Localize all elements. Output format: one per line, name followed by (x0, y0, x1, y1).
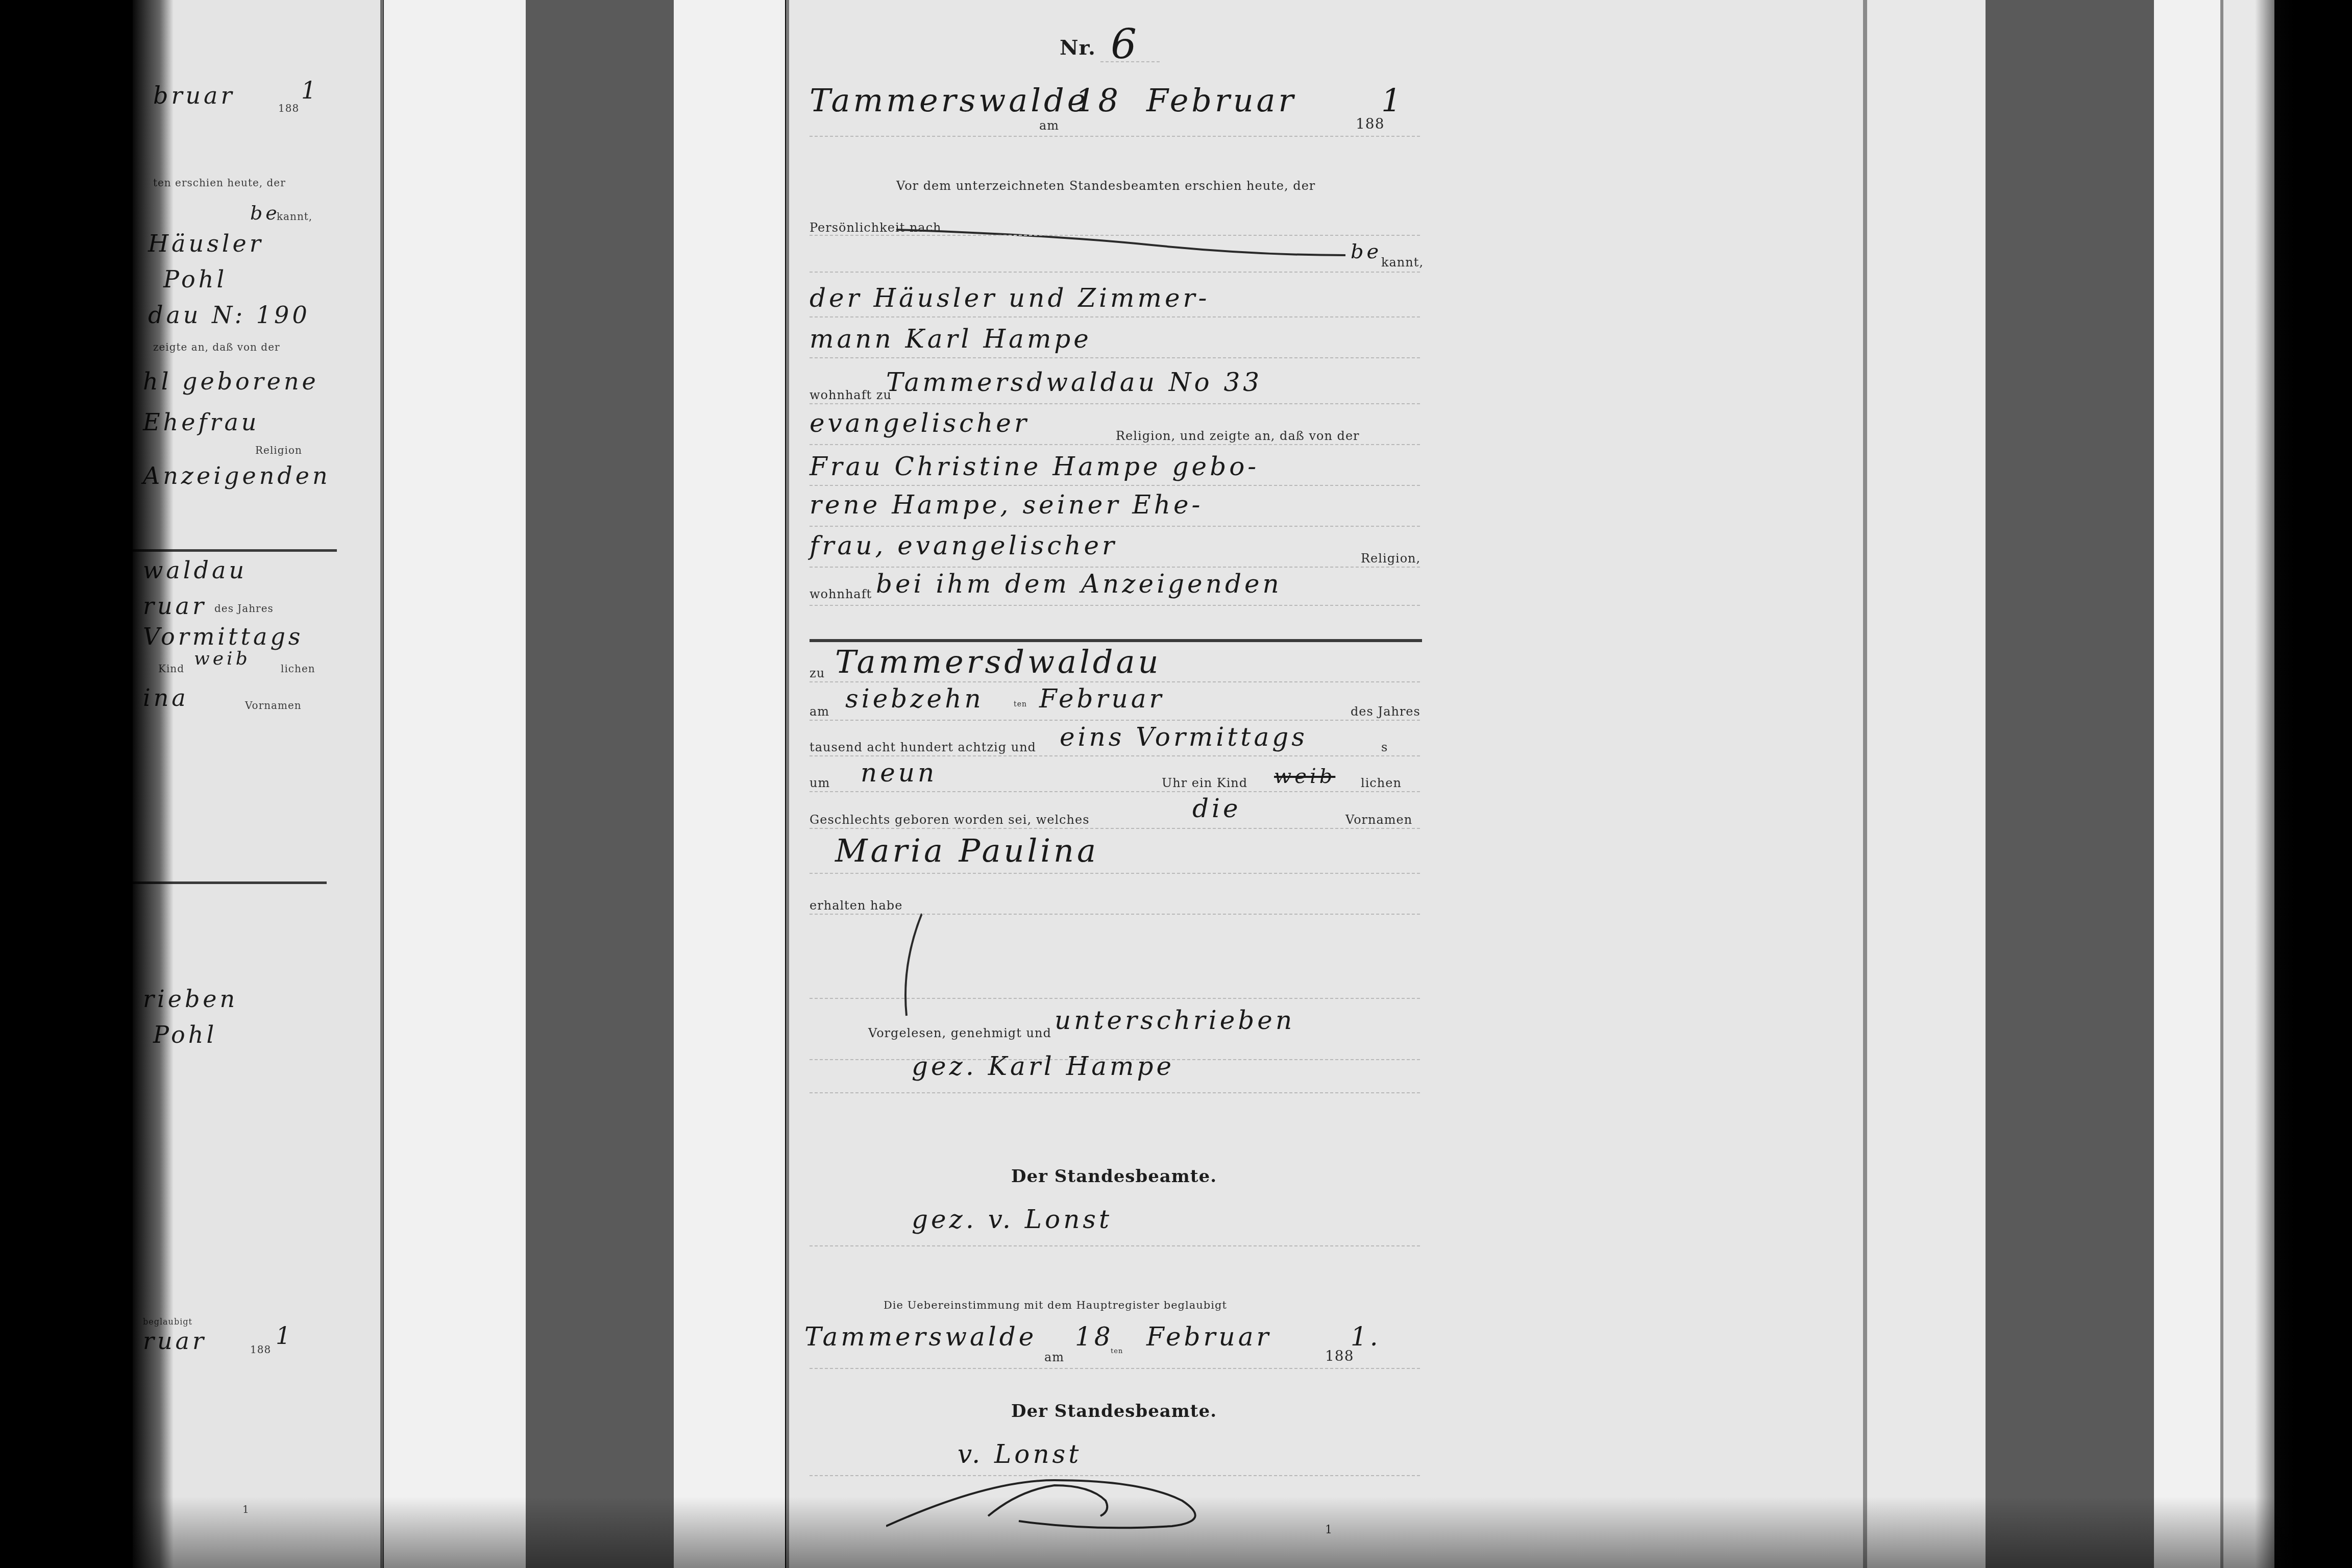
birthplace-label: zu (810, 666, 825, 680)
cert-year-hand: 1. (1351, 1322, 1381, 1352)
paper-strip-2 (674, 0, 785, 1568)
register-page-edge (1863, 0, 1867, 1568)
residence-label: wohnhaft zu (810, 388, 892, 402)
cert-day: 18 (1075, 1322, 1114, 1352)
mother-line3: frau, evangelischer (810, 531, 1117, 560)
film-vignette-left (0, 0, 174, 1568)
informant-rule1 (810, 316, 1422, 317)
religion-print: Religion, und zeigte an, daß von der (1116, 429, 1360, 443)
kind-print: Uhr ein Kind (1162, 776, 1247, 790)
gender-hand: weib (1274, 765, 1335, 788)
cert-rule (810, 1368, 1422, 1369)
given-names: Maria Paulina (835, 832, 1099, 869)
bekannt-hand: be (1351, 240, 1382, 263)
time-label: um (810, 776, 830, 790)
paper-strip-3 (1868, 0, 1986, 1568)
certification-text: Die Uebereinstimmung mit dem Hauptregist… (884, 1299, 1227, 1311)
informant-rule2 (810, 357, 1422, 358)
gender-suffix: lichen (1361, 776, 1402, 790)
left-bekannt-hand: be (250, 202, 280, 224)
des-jahres: des Jahres (1351, 704, 1420, 719)
left-page-edge (380, 0, 383, 1568)
register-page: Nr. 6 Tammerswalde am 18 Februar 188 1 V… (786, 0, 1868, 1568)
personality-rule (810, 235, 1422, 236)
section-divider (810, 639, 1422, 642)
erhalten-rule (810, 914, 1422, 915)
birthplace: Tammersdwaldau (835, 643, 1161, 680)
residence-rule (810, 403, 1422, 404)
die-hand: die (1192, 794, 1241, 823)
year-words-hand: eins Vormittags (1060, 722, 1308, 752)
left-cert-year-hand: 1 (276, 1322, 293, 1350)
cert-day-sup: ten (1111, 1347, 1123, 1355)
given-names-rule (810, 873, 1422, 874)
cert-year-printed: 188 (1325, 1347, 1354, 1364)
am-label: am (1039, 118, 1059, 133)
registrar-signature: gez. v. Lonst (912, 1205, 1112, 1234)
paper-strip-1 (384, 0, 526, 1568)
entry-number-rule (1100, 61, 1162, 62)
mother-rule3 (810, 567, 1422, 568)
informant-line2: mann Karl Hampe (810, 324, 1092, 354)
mother-line2: rene Hampe, seiner Ehe- (810, 490, 1203, 520)
registrar-rule (810, 1245, 1422, 1246)
bekannt-print: kannt, (1381, 255, 1424, 269)
blank-stroke (896, 225, 1356, 265)
registrar-title: Der Standesbeamte. (1011, 1166, 1217, 1187)
mother-residence: bei ihm dem Anzeigenden (876, 569, 1282, 599)
intro-text: Vor dem unterzeichneten Standesbeamten e… (896, 179, 1315, 193)
birthdate-label: am (810, 704, 829, 719)
blank-stroke-2 (891, 909, 932, 1021)
film-vignette-bottom (0, 1497, 2352, 1568)
year-suffix: s (1381, 740, 1388, 754)
mother-residence-label: wohnhaft (810, 587, 872, 601)
left-gender-suffix: lichen (281, 663, 315, 675)
mother-residence-rule (810, 605, 1422, 606)
bekannt-rule (810, 272, 1422, 273)
vornamen-print: Vornamen (1345, 813, 1412, 827)
read-approved-print: Vorgelesen, genehmigt und (868, 1026, 1051, 1040)
left-year-printed: 188 (278, 102, 299, 114)
mother-line1: Frau Christine Hampe gebo- (810, 452, 1259, 481)
film-vignette-right (2255, 0, 2352, 1568)
cert-am-label: am (1044, 1350, 1064, 1364)
cert-place: Tammerswalde (804, 1322, 1037, 1352)
gray-band-left (526, 0, 674, 1568)
birthmonth: Februar (1039, 684, 1164, 714)
geschlecht-rule (810, 828, 1422, 829)
read-approved-hand: unterschrieben (1055, 1006, 1295, 1035)
paper-strip-4 (2154, 0, 2220, 1568)
cert-signature-rule (810, 1475, 1422, 1476)
geschlecht-print: Geschlechts geboren worden sei, welches (810, 813, 1090, 827)
cert-month: Februar (1146, 1322, 1271, 1352)
birthdate-rule (810, 720, 1422, 721)
gray-band-right (1986, 0, 2154, 1568)
day: 18 (1075, 82, 1121, 119)
mother-rule2 (810, 526, 1422, 527)
left-religion: Religion (255, 444, 302, 456)
entry-number-label: Nr. (1060, 36, 1096, 60)
left-year-hand: 1 (301, 77, 319, 104)
birthdate: siebzehn (845, 684, 984, 714)
year-words-print: tausend acht hundert achtzig und (810, 740, 1036, 754)
year-printed: 188 (1356, 115, 1384, 132)
residence: Tammersdwaldau No 33 (886, 367, 1262, 397)
religion-rule (810, 444, 1422, 445)
informant-signature: gez. Karl Hampe (912, 1051, 1174, 1081)
left-gender: weib (194, 648, 251, 669)
cert-signature: v. Lonst (958, 1439, 1082, 1469)
blank-rule (810, 998, 1422, 999)
month: Februar (1146, 82, 1296, 119)
informant-line1: der Häusler und Zimmer- (810, 283, 1210, 313)
left-cert-year-printed: 188 (250, 1343, 271, 1356)
mother-rule1 (810, 485, 1422, 486)
date-rule (810, 136, 1422, 137)
erhalten-print: erhalten habe (810, 898, 902, 913)
birthplace-rule (810, 681, 1422, 682)
place: Tammerswalde (810, 82, 1089, 119)
year-rule (810, 755, 1422, 756)
time: neun (861, 758, 937, 788)
signature-rule (810, 1092, 1422, 1093)
left-vornamen: Vornamen (245, 699, 302, 712)
birthdate-sup: ten (1014, 700, 1027, 708)
religion-hand: evangelischer (810, 408, 1030, 438)
left-des-jahres: des Jahres (214, 602, 274, 615)
cert-registrar-title: Der Standesbeamte. (1011, 1401, 1217, 1422)
mother-religion-print: Religion, (1361, 551, 1420, 566)
left-bekannt-print: kannt, (277, 210, 312, 223)
year-hand: 1 (1381, 82, 1404, 119)
time-rule (810, 791, 1422, 792)
